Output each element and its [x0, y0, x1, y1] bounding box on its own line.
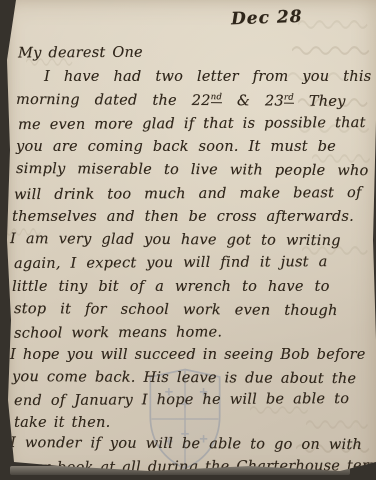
letter-line: I wonder if you will be able to go on wi… — [10, 436, 362, 453]
letter-line: I am very glad you have got to writing — [10, 232, 341, 249]
letter-line: school work means home. — [14, 325, 222, 341]
letter-paper: Dec 28 My dearest OneI have had two lett… — [0, 0, 376, 480]
letter-line: take it then. — [14, 416, 110, 431]
letter-line: me even more glad if that is possible th… — [18, 116, 366, 133]
letter-line: will drink too much and make beast of — [14, 186, 362, 203]
letter-line: stop it for school work even though — [14, 302, 338, 318]
letter-line: themselves and then be cross afterwards. — [12, 210, 354, 225]
letter-line: I hope you will succeed in seeing Bob be… — [10, 348, 366, 363]
bleedthrough-mark — [298, 21, 367, 28]
letter-line: I have had two letter from you this — [44, 70, 371, 85]
scanned-letter-page: Dec 28 My dearest OneI have had two lett… — [0, 0, 376, 480]
letter-date: Dec 28 — [231, 7, 303, 29]
bleedthrough-mark — [250, 407, 308, 413]
letter-line: little tiny bit of a wrench to have to — [12, 280, 330, 295]
letter-line: end of January I hope he will be able to — [14, 392, 349, 409]
letter-line: again, I expect you will find it just a — [14, 255, 328, 271]
salutation: My dearest One — [18, 46, 143, 61]
letter-line: you come back. His leave is due about th… — [12, 370, 356, 387]
bleedthrough-mark — [292, 47, 369, 54]
letter-line: you are coming back soon. It must be — [16, 140, 336, 155]
bleedthrough-mark — [306, 421, 367, 428]
letter-line: morning dated the 22nd & 23rd They — [16, 92, 346, 109]
bleedthrough-mark — [312, 155, 370, 162]
letter-line: simply miserable to live with people who — [16, 162, 369, 179]
